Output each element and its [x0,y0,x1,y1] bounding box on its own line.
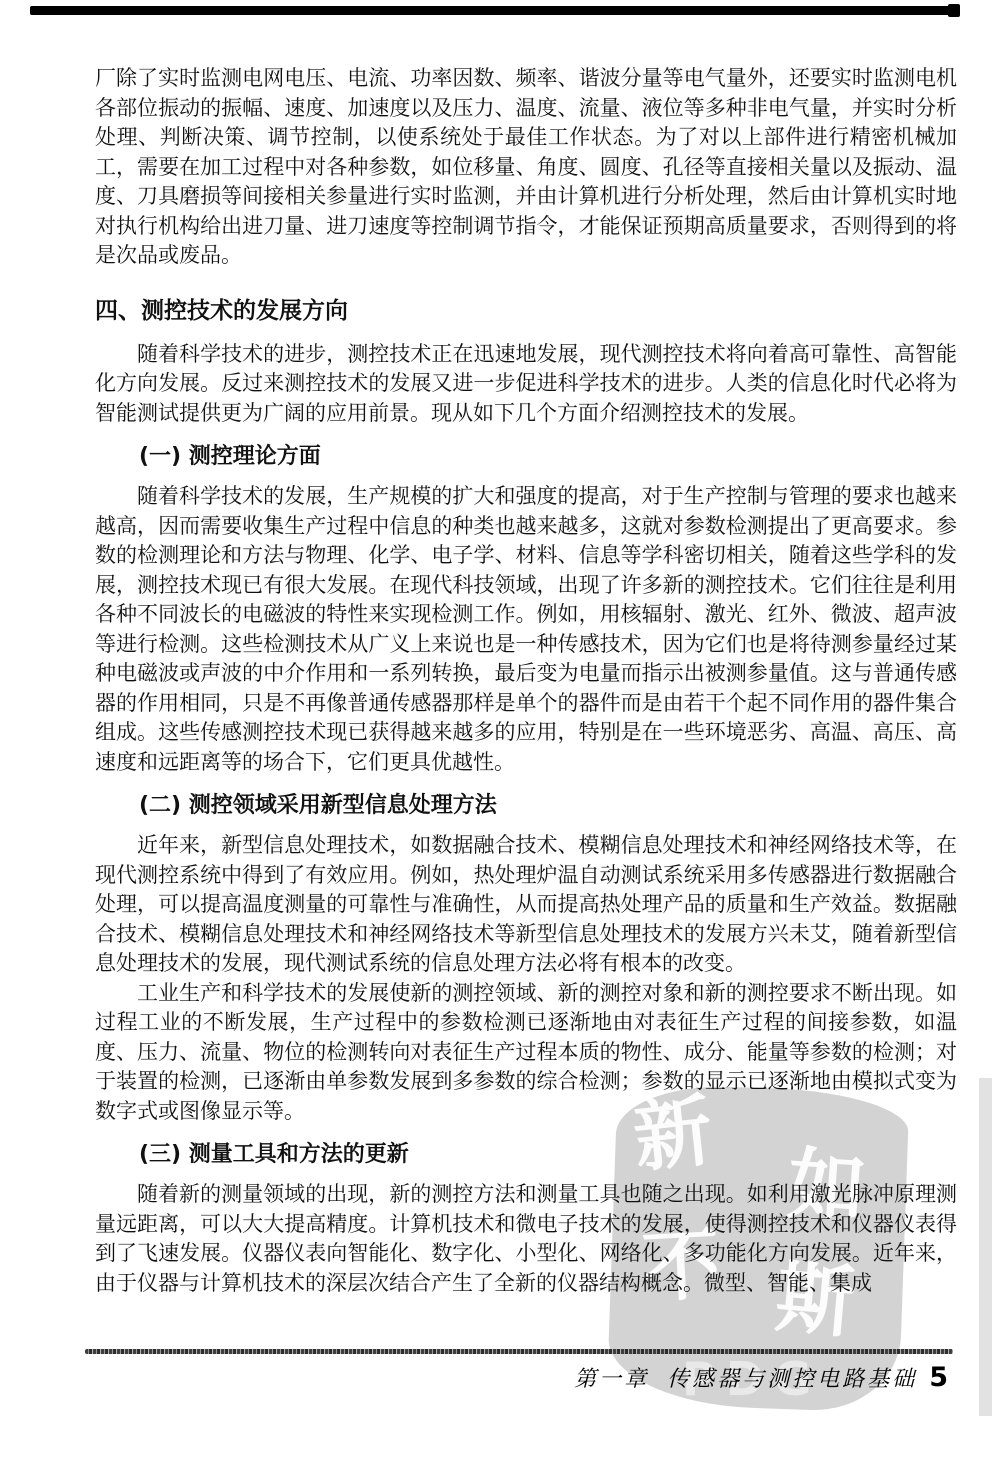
subsection-2-paragraph-1: 近年来，新型信息处理技术，如数据融合技术、模糊信息处理技术和神经网络技术等，在现… [95,831,957,979]
running-footer: 第一章传感器与测控电路基础5 [574,1362,948,1393]
subsection-heading-1: (一) 测控理论方面 [95,441,957,472]
footer-divider-rule [85,1349,953,1354]
subsection-heading-3: (三) 测量工具和方法的更新 [95,1139,957,1170]
intro-paragraph: 随着科学技术的进步，测控技术正在迅速地发展，现代测控技术将向着高可靠性、高智能化… [95,340,957,429]
subsection-1-paragraph: 随着科学技术的发展，生产规模的扩大和强度的提高，对于生产控制与管理的要求也越来越… [95,482,957,777]
continuation-paragraph: 厂除了实时监测电网电压、电流、功率因数、频率、谐波分量等电气量外，还要实时监测电… [95,64,957,271]
footer-page-number: 5 [929,1362,948,1393]
footer-chapter-label: 第一章 [574,1367,649,1392]
section-heading: 四、测控技术的发展方向 [95,296,957,327]
scanned-book-page: 新 如 不 斯 PDG 厂除了实时监测电网电压、电流、功率因数、频率、谐波分量等… [0,0,992,1482]
page-text-column: 厂除了实时监测电网电压、电流、功率因数、频率、谐波分量等电气量外，还要实时监测电… [95,64,957,1298]
subsection-2-paragraph-2: 工业生产和科学技术的发展使新的测控领域、新的测控对象和新的测控要求不断出现。如过… [95,979,957,1127]
footer-book-title: 传感器与测控电路基础 [667,1367,917,1392]
subsection-heading-2: (二) 测控领域采用新型信息处理方法 [95,790,957,821]
subsection-3-paragraph: 随着新的测量领域的出现，新的测控方法和测量工具也随之出现。如利用激光脉冲原理测量… [95,1180,957,1298]
watermark-edge-strip [979,1078,992,1416]
